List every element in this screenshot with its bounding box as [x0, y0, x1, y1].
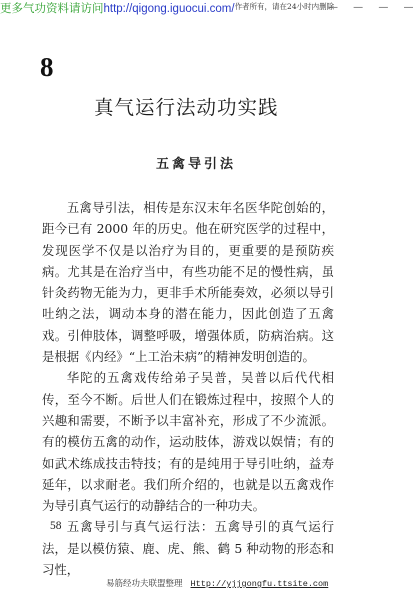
copyright-notice: 作者所有，请在24小时内删除 — [235, 2, 335, 11]
page-number: 58 — [50, 520, 62, 532]
paragraph: 五禽导引与真气运行法：五禽导引的真气运行法，是以模仿猿、鹿、虎、熊、鹤 5 种动… — [42, 516, 334, 580]
promo-text: 更多气功资料请访问 — [0, 1, 104, 15]
paragraph: 五禽导引法，相传是东汉末年名医华陀创始的，距今已有 2000 年的历史。他在研究… — [42, 197, 334, 367]
paragraph: 华陀的五禽戏传给弟子吴普，吴普以后代代相传，至今不断。后世人们在锻炼过程中，按照… — [42, 367, 334, 516]
top-banner: 更多气功资料请访问http://qigong.iguocui.com/作者所有，… — [0, 0, 417, 18]
promo-link[interactable]: http://qigong.iguocui.com/ — [104, 3, 235, 15]
section-title: 五禽导引法 — [156, 153, 236, 172]
chapter-number: 8 — [40, 52, 54, 83]
body-text: 五禽导引法，相传是东汉末年名医华陀创始的，距今已有 2000 年的历史。他在研究… — [42, 197, 334, 580]
dash-decoration: — — — — — — [328, 0, 417, 16]
footer-link[interactable]: Http://yjjgongfu.ttsite.com — [191, 579, 329, 589]
footer-credit: 易筋经功夫联盟整理 — [106, 579, 183, 589]
chapter-title: 真气运行法动功实践 — [94, 92, 279, 120]
footer: 易筋经功夫联盟整理Http://yjjgongfu.ttsite.com — [106, 577, 328, 589]
